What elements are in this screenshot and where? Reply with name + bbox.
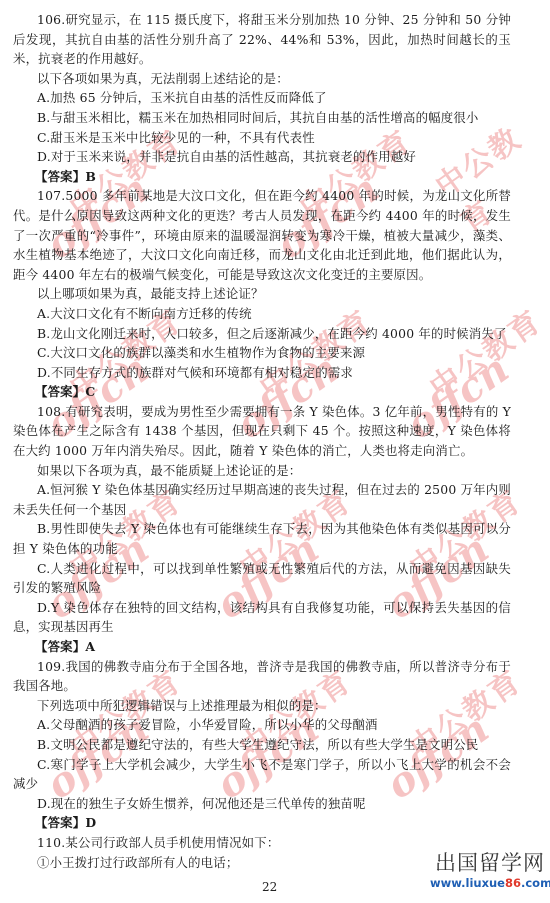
option-b: B.男性即使失去 Y 染色体也有可能继续生存下去，因为其他染色体有类似基因可以分…: [13, 519, 511, 558]
page-number: 22: [262, 880, 277, 894]
document-page: offcn 中公教育 offcn 中公教育 中公教育 offcn 中公教育 of…: [0, 0, 550, 903]
option-c: C.大汶口文化的族群以藻类和水生植物作为食物的主要来源: [13, 343, 511, 363]
answer-value: C: [85, 384, 95, 399]
question-prompt: 下列选项中所犯逻辑错误与上述推理最为相似的是：: [13, 696, 511, 716]
option-c: C.人类进化过程中，可以找到单性繁殖或无性繁殖后代的方法，从而避免因基因缺失引发…: [13, 559, 511, 598]
logo-title: 出国留学网: [430, 850, 550, 876]
answer-line: 【答案】A: [13, 637, 511, 657]
option-b: B.龙山文化刚迁来时，人口较多，但之后逐渐减少，在距今约 4000 年的时候消失…: [13, 324, 511, 344]
answer-line: 【答案】C: [13, 382, 511, 402]
question-stem: 108.有研究表明，要成为男性至少需要拥有一条 Y 染色体。3 亿年前，男性特有…: [13, 402, 511, 461]
logo-url-prefix: www.liuxue: [430, 876, 505, 890]
question-prompt: 以下各项如果为真，无法削弱上述结论的是：: [13, 69, 511, 89]
question-stem: 109.我国的佛教寺庙分布于全国各地，普济寺是我国的佛教寺庙，所以普济寺分布于我…: [13, 657, 511, 696]
option-d: D.对于玉米来说，并非是抗自由基的活性越高，其抗衰老的作用越好: [13, 147, 511, 167]
question-stem: 107.5000 多年前某地是大汶口文化，但在距今约 4400 年的时候，为龙山…: [13, 186, 511, 284]
question-prompt: 如果以下各项为真，最不能质疑上述论证的是：: [13, 461, 511, 481]
answer-value: A: [85, 639, 95, 654]
option-d: D.Y 染色体存在独特的回文结构，该结构具有自我修复功能，可以保持丢失基因的信息…: [13, 598, 511, 637]
option-c: C.寒门学子上大学机会减少，大学生小飞不是寒门学子，所以小飞上大学的机会不会减少: [13, 755, 511, 794]
question-106: 106.研究显示，在 115 摄氏度下，将甜玉米分别加热 10 分钟、25 分钟…: [13, 10, 511, 186]
answer-label: 【答案】: [35, 169, 85, 184]
option-d: D.不同生存方式的族群对气候和环境都有相对稳定的需求: [13, 363, 511, 383]
option-a: A.父母酗酒的孩子爱冒险，小华爱冒险，所以小华的父母酗酒: [13, 715, 511, 735]
answer-line: 【答案】D: [13, 813, 511, 833]
question-stem: 106.研究显示，在 115 摄氏度下，将甜玉米分别加热 10 分钟、25 分钟…: [13, 10, 511, 69]
option-a: A.大汶口文化有不断向南方迁移的传统: [13, 304, 511, 324]
option-d: D.现在的独生子女娇生惯养，何况他还是三代单传的独苗呢: [13, 794, 511, 814]
answer-label: 【答案】: [35, 639, 85, 654]
document-body: 106.研究显示，在 115 摄氏度下，将甜玉米分别加热 10 分钟、25 分钟…: [13, 10, 511, 872]
option-b: B.文明公民都是遵纪守法的，有些大学生遵纪守法，所以有些大学生是文明公民: [13, 735, 511, 755]
answer-line: 【答案】B: [13, 167, 511, 187]
option-c: C.甜玉米是玉米中比较少见的一种，不具有代表性: [13, 128, 511, 148]
answer-value: B: [85, 169, 96, 184]
logo-url-accent: 86: [505, 876, 521, 890]
option-b: B.与甜玉米相比，糯玉米在加热相同时间后，其抗自由基的活性增高的幅度很小: [13, 108, 511, 128]
question-109: 109.我国的佛教寺庙分布于全国各地，普济寺是我国的佛教寺庙，所以普济寺分布于我…: [13, 657, 511, 833]
answer-label: 【答案】: [35, 815, 85, 830]
option-a: A.恒河猴 Y 染色体基因确实经历过早期高速的丧失过程，但在过去的 2500 万…: [13, 480, 511, 519]
logo-url[interactable]: www.liuxue86.com: [430, 876, 550, 890]
option-a: A.加热 65 分钟后，玉米抗自由基的活性反而降低了: [13, 88, 511, 108]
question-107: 107.5000 多年前某地是大汶口文化，但在距今约 4400 年的时候，为龙山…: [13, 186, 511, 402]
answer-value: D: [85, 815, 96, 830]
logo-url-suffix: .com: [521, 876, 550, 890]
question-108: 108.有研究表明，要成为男性至少需要拥有一条 Y 染色体。3 亿年前，男性特有…: [13, 402, 511, 657]
question-prompt: 以上哪项如果为真，最能支持上述论证？: [13, 284, 511, 304]
answer-label: 【答案】: [35, 384, 85, 399]
site-logo[interactable]: 出国留学网 www.liuxue86.com: [430, 850, 550, 890]
